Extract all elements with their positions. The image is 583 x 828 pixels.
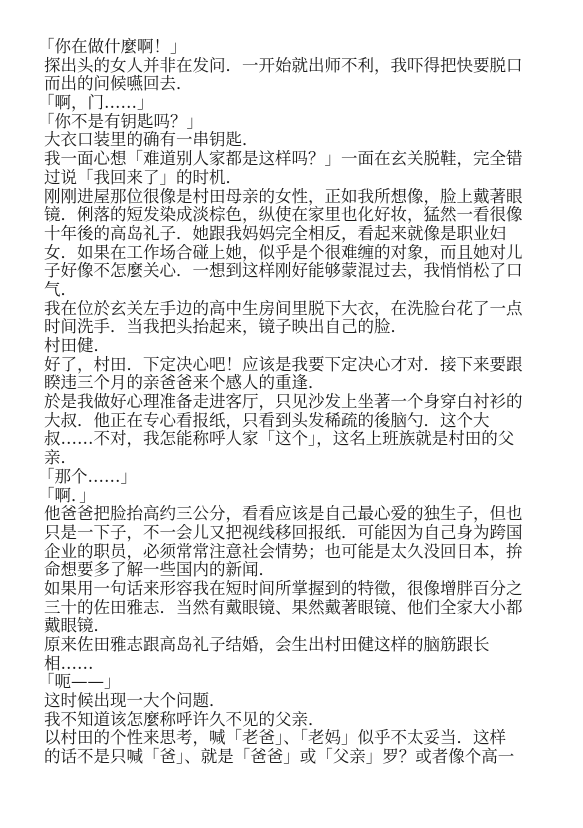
text-line: 我不知道该怎麼称呼许久不见的父亲．	[44, 711, 544, 730]
text-line: 过说「我回来了」的时机．	[44, 169, 544, 188]
text-line: 只是一下子，不一会儿又把视线移回报纸．可能因为自己身为跨国	[44, 524, 544, 543]
text-line: 好了，村田．下定决心吧！应该是我要下定决心才对．接下来要跟	[44, 356, 544, 375]
text-line: 於是我做好心理准备走进客厅，只见沙发上坐著一个身穿白衬衫的	[44, 393, 544, 412]
text-line: 十年後的高岛礼子．她跟我妈妈完全相反，看起来就像是职业妇	[44, 225, 544, 244]
text-line: 子好像不怎麼关心．一想到这样刚好能够蒙混过去，我悄悄松了口	[44, 262, 544, 281]
text-line: 戴眼镜．	[44, 617, 544, 636]
text-line: 女．如果在工作场合碰上她，似乎是个很难缠的对象，而且她对儿	[44, 244, 544, 263]
text-line: 「你在做什麼啊！」	[38, 38, 544, 57]
text-line: 如果用一句话来形容我在短时间所掌握到的特徵，很像增胖百分之	[44, 580, 544, 599]
text-line: 我在位於玄关左手边的高中生房间里脱下大衣，在洗脸台花了一点	[44, 300, 544, 319]
text-line: 企业的职员，必须常常注意社会情势；也可能是太久没回日本，拚	[44, 543, 544, 562]
text-line: 「你不是有钥匙吗？」	[38, 113, 544, 132]
text-line: 以村田的个性来思考，喊「老爸」、「老妈」似乎不太妥当．这样	[44, 729, 544, 748]
document-page: 「你在做什麼啊！」 探出头的女人并非在发问．一开始就出师不利，我吓得把快要脱口 …	[44, 38, 544, 767]
text-line: 刚刚进屋那位很像是村田母亲的女性，正如我所想像，脸上戴著眼	[44, 188, 544, 207]
text-line: 「啊，门……」	[38, 94, 544, 113]
text-line: 村田健．	[44, 337, 544, 356]
text-line: 而出的问候嚥回去．	[44, 75, 544, 94]
text-line: 大叔．他正在专心看报纸，只看到头发稀疏的後脑勺．这个大	[44, 412, 544, 431]
text-line: 时间洗手．当我把头抬起来，镜子映出自己的脸．	[44, 318, 544, 337]
text-line: 「那个……」	[38, 468, 544, 487]
text-line: 三十的佐田雅志．当然有戴眼镜、果然戴著眼镜、他们全家大小都	[44, 599, 544, 618]
text-line: 我一面心想「难道别人家都是这样吗？」一面在玄关脱鞋，完全错	[44, 150, 544, 169]
text-line: 气．	[44, 281, 544, 300]
text-line: 叔……不对，我怎能称呼人家「这个」，这名上班族就是村田的父	[44, 430, 544, 449]
text-line: 的话不是只喊「爸」、就是「爸爸」或「父亲」罗？或者像个高一	[44, 748, 544, 767]
text-line: 原来佐田雅志跟高岛礼子结婚，会生出村田健这样的脑筋跟长	[44, 636, 544, 655]
text-line: 相……	[44, 655, 544, 674]
text-line: 命想要多了解一些国内的新闻．	[44, 561, 544, 580]
text-line: 探出头的女人并非在发问．一开始就出师不利，我吓得把快要脱口	[44, 57, 544, 76]
text-line: 亲．	[44, 449, 544, 468]
text-line: 镜．俐落的短发染成淡棕色，纵使在家里也化好妆，猛然一看很像	[44, 206, 544, 225]
text-line: 「呃——」	[38, 673, 544, 692]
text-line: 他爸爸把脸抬高约三公分，看看应该是自己最心爱的独生子，但也	[44, 505, 544, 524]
text-line: 这时候出现一大个问题．	[44, 692, 544, 711]
text-line: 大衣口装里的确有一串钥匙．	[44, 131, 544, 150]
text-line: 睽违三个月的亲爸爸来个感人的重逢．	[44, 374, 544, 393]
text-line: 「啊．」	[38, 487, 544, 506]
